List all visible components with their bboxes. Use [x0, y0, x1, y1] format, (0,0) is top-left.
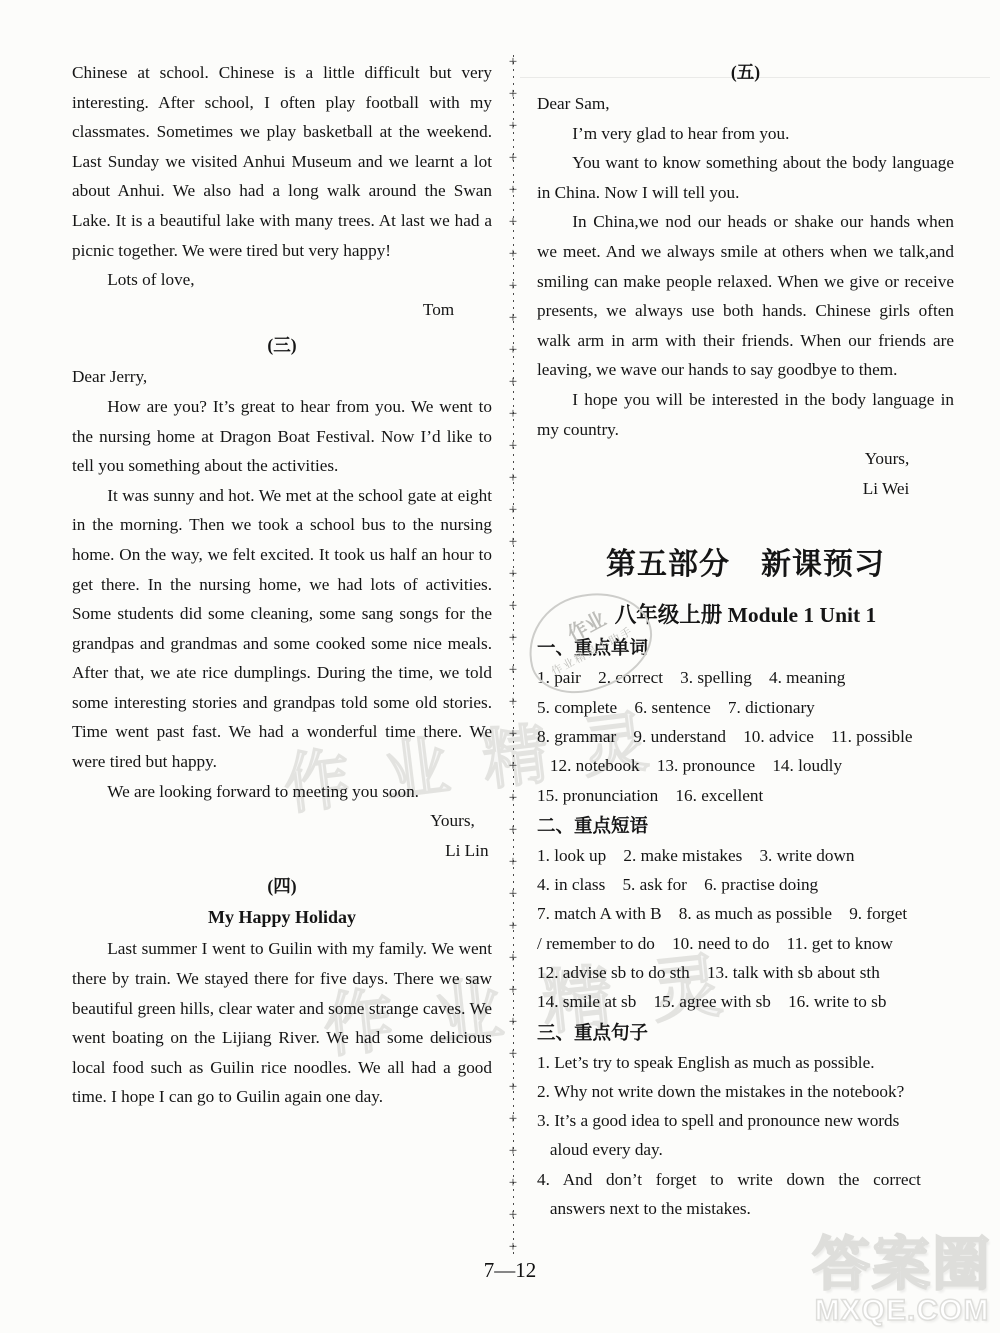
letter-signature: Li Lin	[72, 836, 492, 866]
word-list-line: 5. complete 6. sentence 7. dictionary	[537, 693, 954, 722]
phrase-list-line: 4. in class 5. ask for 6. practise doing	[537, 870, 954, 899]
phrase-list-line: 12. advise sb to do sth 13. talk with sb…	[537, 958, 954, 987]
letter-paragraph: We are looking forward to meeting you so…	[72, 777, 492, 807]
page-number: 7—12	[0, 1258, 1000, 1283]
part-heading: 第五部分 新课预习	[537, 547, 954, 583]
sentence-list-line: answers next to the mistakes.	[537, 1194, 954, 1223]
letter-body: Chinese at school. Chinese is a little d…	[72, 58, 492, 265]
sentence-list-line: aloud every day.	[537, 1135, 954, 1164]
letter-paragraph: In China,we nod our heads or shake our h…	[537, 207, 954, 385]
letter-paragraph: It was sunny and hot. We met at the scho…	[72, 481, 492, 777]
section-heading: (四)	[72, 872, 492, 901]
column-divider-cutline: ++++++++++++++++++++++++++++++++++++++	[505, 55, 521, 1255]
letter-closing: Lots of love,	[72, 265, 492, 295]
phrase-list-line: / remember to do 10. need to do 11. get …	[537, 929, 954, 958]
phrase-list-line: 1. look up 2. make mistakes 3. write dow…	[537, 841, 954, 870]
word-list-line: 12. notebook 13. pronounce 14. loudly	[537, 751, 954, 780]
letter-closing: Yours,	[537, 444, 954, 474]
sentence-list-line: 2. Why not write down the mistakes in th…	[537, 1077, 954, 1106]
word-list-line: 8. grammar 9. understand 10. advice 11. …	[537, 722, 954, 751]
word-list-line: 15. pronunciation 16. excellent	[537, 781, 954, 810]
letter-salutation: Dear Sam,	[537, 89, 954, 119]
left-column: Chinese at school. Chinese is a little d…	[72, 58, 492, 1112]
letter-paragraph: I’m very glad to hear from you.	[537, 119, 954, 149]
scanned-answer-page: 作业精灵 作业精灵 Chinese at school. Chinese is …	[0, 0, 1000, 1333]
letter-paragraph: You want to know something about the bod…	[537, 148, 954, 207]
phrase-list: 1. look up 2. make mistakes 3. write dow…	[537, 841, 954, 1017]
phrase-list-line: 14. smile at sb 15. agree with sb 16. wr…	[537, 987, 954, 1016]
sentence-section-title: 三、重点句子	[537, 1018, 954, 1047]
letter-paragraph: I hope you will be interested in the bod…	[537, 385, 954, 444]
letter-signature: Li Wei	[537, 474, 954, 504]
site-url: MXQE.COM	[812, 1296, 992, 1326]
section-heading: (三)	[72, 331, 492, 360]
letter-signature: Tom	[72, 295, 492, 325]
letter-title: My Happy Holiday	[72, 903, 492, 932]
letter-salutation: Dear Jerry,	[72, 362, 492, 392]
sentence-list: 1. Let’s try to speak English as much as…	[537, 1048, 954, 1224]
sentence-list-line: 3. It’s a good idea to spell and pronoun…	[537, 1106, 954, 1135]
sentence-list-line: 1. Let’s try to speak English as much as…	[537, 1048, 954, 1077]
phrase-section-title: 二、重点短语	[537, 811, 954, 840]
letter-body: Last summer I went to Guilin with my fam…	[72, 934, 492, 1112]
phrase-list-line: 7. match A with B 8. as much as possible…	[537, 899, 954, 928]
section-heading: (五)	[537, 58, 954, 87]
sentence-list-line: 4. And don’t forget to write down the co…	[537, 1165, 954, 1194]
letter-paragraph: How are you? It’s great to hear from you…	[72, 392, 492, 481]
letter-closing: Yours,	[72, 806, 492, 836]
